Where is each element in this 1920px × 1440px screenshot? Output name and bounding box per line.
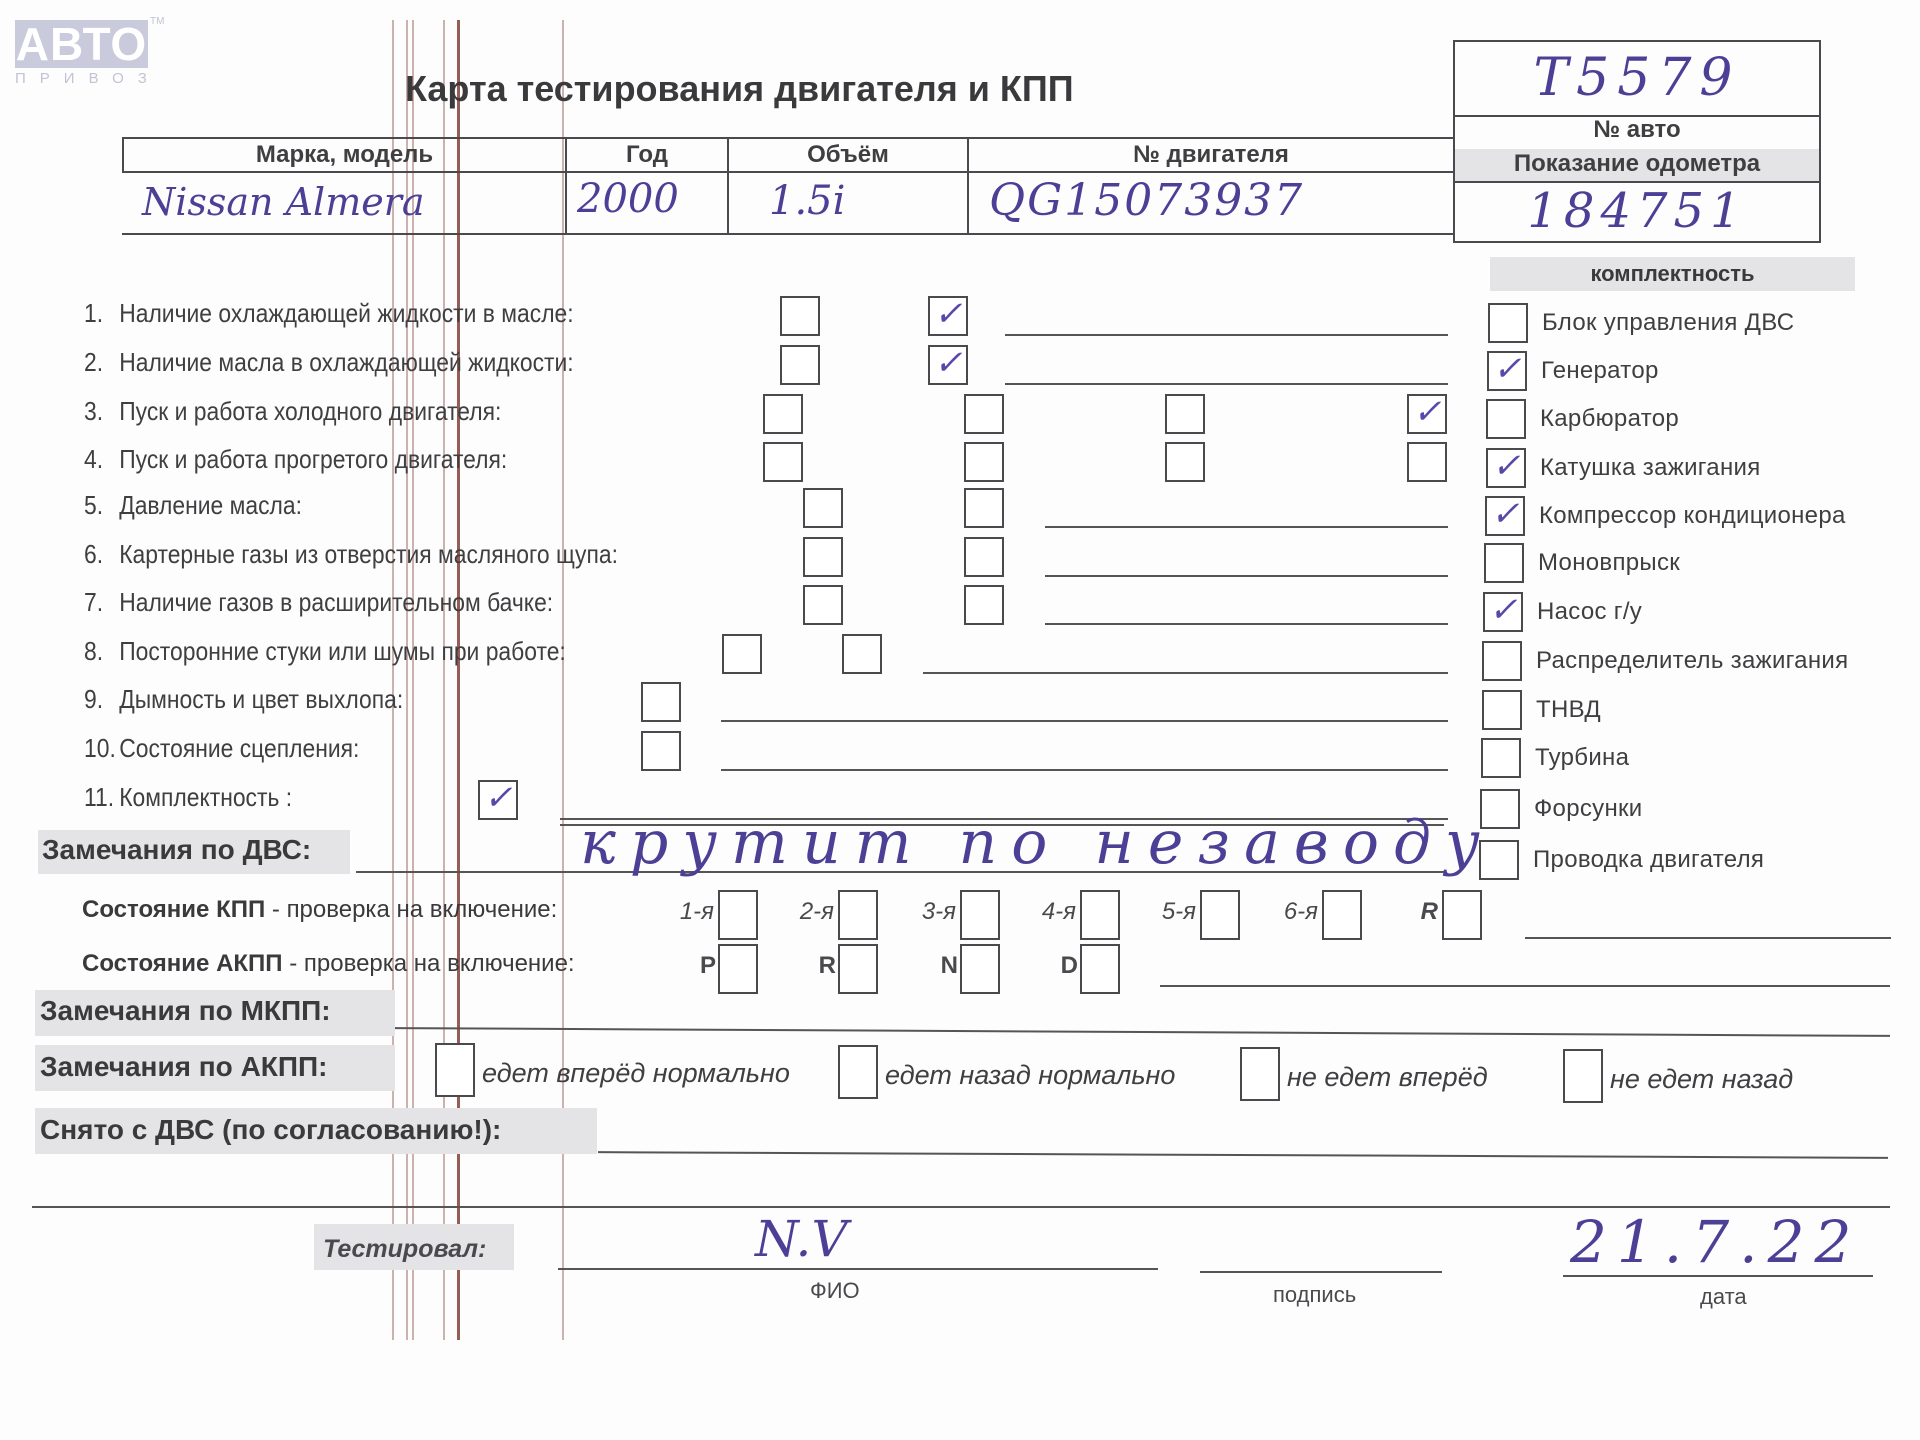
- auto-number-cell[interactable]: T5579: [1453, 40, 1821, 117]
- gear-label: 2-я: [800, 898, 834, 926]
- completeness-item-label: Насос г/у: [1537, 598, 1642, 626]
- value-cell-model[interactable]: Nissan Almera: [122, 171, 567, 235]
- gear-label: R: [1421, 898, 1438, 926]
- gear-checkbox[interactable]: [1442, 890, 1482, 940]
- completeness-item-label: Карбюратор: [1540, 405, 1679, 433]
- option-checkbox[interactable]: [1165, 442, 1205, 482]
- auto-number-label-cell: № авто: [1453, 115, 1821, 151]
- note-line: [1005, 383, 1448, 385]
- option-checkbox[interactable]: [803, 537, 843, 577]
- check-mark-icon: ✓: [1491, 494, 1520, 534]
- completeness-item-label: Форсунки: [1534, 795, 1643, 823]
- completeness-checkbox[interactable]: ✓: [1483, 592, 1523, 632]
- tester-name-value[interactable]: N.V: [755, 1210, 848, 1268]
- completeness-checkbox[interactable]: [1484, 543, 1524, 583]
- manual-remarks-label: Замечания по МКПП:: [40, 995, 331, 1027]
- brand-logo: АВТО: [15, 20, 148, 68]
- completeness-item-label: Проводка двигателя: [1533, 846, 1764, 874]
- row-number: 10.: [84, 733, 119, 764]
- gear-label: 4-я: [1042, 898, 1076, 926]
- check-mark-icon: ✓: [934, 294, 963, 334]
- row-number: 9.: [84, 684, 119, 715]
- gear-checkbox[interactable]: [1080, 890, 1120, 940]
- row-number: 1.: [84, 298, 119, 329]
- check-mark-icon: ✓: [1489, 590, 1518, 630]
- signature-caption: подпись: [1273, 1282, 1356, 1308]
- row-number: 2.: [84, 347, 119, 378]
- row-number: 6.: [84, 539, 119, 570]
- option-checkbox[interactable]: [964, 394, 1004, 434]
- completeness-title: комплектность: [1490, 257, 1855, 291]
- removed-label: Снято с ДВС (по согласованию!):: [40, 1114, 501, 1146]
- checklist-row-label: 3.Пуск и работа холодного двигателя:: [84, 396, 501, 427]
- value-cell-engine-number[interactable]: QG15073937: [967, 171, 1455, 235]
- auto-remarks-option-label: едет вперёд нормально: [482, 1058, 790, 1089]
- checklist-row-label: 10.Состояние сцепления:: [84, 733, 359, 764]
- option-checkbox[interactable]: [964, 488, 1004, 528]
- checklist-row-label: 11.Комплектность :: [84, 782, 292, 813]
- row-text: Пуск и работа прогретого двигателя:: [119, 444, 507, 474]
- header-cell-volume: Объём: [727, 137, 969, 173]
- row-text: Дымность и цвет выхлопа:: [119, 684, 403, 714]
- odometer-label-cell: Показание одометра: [1453, 149, 1821, 183]
- value-cell-volume[interactable]: 1.5i: [727, 171, 969, 235]
- engine-remarks-value[interactable]: крутит по незаводу: [580, 808, 1494, 878]
- gear-checkbox[interactable]: [1200, 890, 1240, 940]
- checklist-row-label: 1.Наличие охлаждающей жидкости в масле:: [84, 298, 574, 329]
- completeness-checkbox[interactable]: [1482, 690, 1522, 730]
- row-number: 7.: [84, 587, 119, 618]
- auto-remarks-checkbox[interactable]: [435, 1043, 475, 1097]
- gear-checkbox[interactable]: [838, 890, 878, 940]
- check-mark-icon: ✓: [1492, 446, 1521, 486]
- gear-position-label: N: [941, 952, 958, 980]
- auto-remarks-checkbox[interactable]: [1563, 1049, 1603, 1103]
- row-number: 8.: [84, 636, 119, 667]
- engine-remarks-label: Замечания по ДВС:: [42, 834, 311, 866]
- option-checkbox[interactable]: [1407, 442, 1447, 482]
- auto-remarks-option-label: не едет назад: [1610, 1064, 1793, 1095]
- checklist-row-label: 6.Картерные газы из отверстия масляного …: [84, 539, 618, 570]
- option-checkbox[interactable]: [763, 394, 803, 434]
- note-line: [1005, 334, 1448, 336]
- completeness-checkbox[interactable]: ✓: [1487, 351, 1527, 391]
- completeness-item-label: Генератор: [1541, 357, 1659, 385]
- option-checkbox[interactable]: ✓: [1407, 394, 1447, 434]
- check-mark-icon: ✓: [484, 778, 513, 818]
- checklist-row-label: 4.Пуск и работа прогретого двигателя:: [84, 444, 507, 475]
- option-checkbox[interactable]: [964, 585, 1004, 625]
- completeness-checkbox[interactable]: [1486, 399, 1526, 439]
- row-text: Наличие масла в охлаждающей жидкости:: [119, 347, 573, 377]
- gear-label: 3-я: [922, 898, 956, 926]
- trademark: TM: [150, 16, 164, 27]
- row-text: Давление масла:: [119, 490, 302, 520]
- option-checkbox[interactable]: ✓: [478, 780, 518, 820]
- gear-checkbox[interactable]: [718, 890, 758, 940]
- page-title: Карта тестирования двигателя и КПП: [405, 68, 1074, 110]
- check-mark-icon: ✓: [934, 343, 963, 383]
- checklist-row-label: 5.Давление масла:: [84, 490, 302, 521]
- gear-position-label: P: [700, 952, 716, 980]
- completeness-checkbox[interactable]: [1481, 738, 1521, 778]
- checklist-row-label: 8.Посторонние стуки или шумы при работе:: [84, 636, 566, 667]
- note-line: [721, 769, 1448, 771]
- option-checkbox[interactable]: [803, 585, 843, 625]
- gear-checkbox[interactable]: [960, 890, 1000, 940]
- auto-remarks-checkbox[interactable]: [1240, 1047, 1280, 1101]
- option-checkbox[interactable]: [641, 682, 681, 722]
- option-checkbox[interactable]: [964, 442, 1004, 482]
- option-checkbox[interactable]: [964, 537, 1004, 577]
- checklist-row-label: 7.Наличие газов в расширительном бачке:: [84, 587, 553, 618]
- option-checkbox[interactable]: ✓: [928, 296, 968, 336]
- row-text: Картерные газы из отверстия масляного щу…: [119, 539, 618, 569]
- option-checkbox[interactable]: [780, 345, 820, 385]
- note-line: [923, 672, 1448, 674]
- row-number: 3.: [84, 396, 119, 427]
- gear-position-checkbox[interactable]: [1080, 944, 1120, 994]
- gear-label: 6-я: [1284, 898, 1318, 926]
- row-text: Комплектность :: [119, 782, 292, 812]
- auto-gearbox-label: Состояние АКПП - проверка на включение:: [82, 950, 575, 978]
- value-cell-year[interactable]: 2000: [565, 171, 729, 235]
- completeness-checkbox[interactable]: [1488, 303, 1528, 343]
- row-text: Наличие газов в расширительном бачке:: [119, 587, 553, 617]
- checklist-row-label: 9.Дымность и цвет выхлопа:: [84, 684, 403, 715]
- option-checkbox[interactable]: [780, 296, 820, 336]
- gear-label: 5-я: [1162, 898, 1196, 926]
- option-checkbox[interactable]: [842, 634, 882, 674]
- completeness-item-label: Моновпрыск: [1538, 549, 1680, 577]
- auto-remarks-checkbox[interactable]: [838, 1045, 878, 1099]
- note-line: [721, 720, 1448, 722]
- row-text: Пуск и работа холодного двигателя:: [119, 396, 501, 426]
- note-line: [1045, 623, 1448, 625]
- gear-position-checkbox[interactable]: [838, 944, 878, 994]
- option-checkbox[interactable]: [722, 634, 762, 674]
- auto-gearbox-line: [1160, 985, 1890, 987]
- row-number: 5.: [84, 490, 119, 521]
- completeness-item-label: Блок управления ДВС: [1542, 309, 1794, 337]
- row-text: Посторонние стуки или шумы при работе:: [119, 636, 566, 666]
- checklist-row-label: 2.Наличие масла в охлаждающей жидкости:: [84, 347, 574, 378]
- auto-remarks-label: Замечания по АКПП:: [40, 1051, 327, 1083]
- gear-checkbox[interactable]: [1322, 890, 1362, 940]
- tested-by-label: Тестировал:: [323, 1235, 486, 1264]
- option-checkbox[interactable]: [1165, 394, 1205, 434]
- odometer-value-cell[interactable]: 184751: [1453, 181, 1821, 243]
- row-text: Наличие охлаждающей жидкости в масле:: [119, 298, 573, 328]
- signature-line: [1200, 1271, 1442, 1273]
- manual-gearbox-line: [1525, 937, 1891, 939]
- brand-subtitle: ПРИВОЗ: [15, 70, 155, 87]
- row-number: 4.: [84, 444, 119, 475]
- gear-position-label: R: [819, 952, 836, 980]
- completeness-item-label: Катушка зажигания: [1540, 454, 1761, 482]
- completeness-item-label: Распределитель зажигания: [1536, 647, 1848, 675]
- manual-gearbox-label: Состояние КПП - проверка на включение:: [82, 896, 557, 924]
- gear-position-checkbox[interactable]: [718, 944, 758, 994]
- auto-remarks-option-label: едет назад нормально: [885, 1060, 1175, 1091]
- gear-label: 1-я: [680, 898, 714, 926]
- manual-remarks-line: [395, 1027, 1890, 1037]
- date-value[interactable]: 21.7.22: [1570, 1208, 1861, 1276]
- option-checkbox[interactable]: ✓: [928, 345, 968, 385]
- name-line: [558, 1268, 1158, 1270]
- completeness-item-label: Компрессор кондиционера: [1539, 502, 1846, 530]
- note-line: [1045, 526, 1448, 528]
- gear-position-label: D: [1061, 952, 1078, 980]
- completeness-checkbox[interactable]: [1482, 641, 1522, 681]
- header-cell-year: Год: [565, 137, 729, 173]
- gear-position-checkbox[interactable]: [960, 944, 1000, 994]
- auto-remarks-option-label: не едет вперёд: [1287, 1062, 1488, 1093]
- completeness-checkbox[interactable]: ✓: [1485, 496, 1525, 536]
- completeness-item-label: ТНВД: [1536, 696, 1601, 724]
- date-caption: дата: [1700, 1284, 1747, 1310]
- header-cell-model: Марка, модель: [122, 137, 567, 173]
- option-checkbox[interactable]: [803, 488, 843, 528]
- row-number: 11.: [84, 782, 119, 813]
- completeness-item-label: Турбина: [1535, 744, 1629, 772]
- row-text: Состояние сцепления:: [119, 733, 359, 763]
- option-checkbox[interactable]: [641, 731, 681, 771]
- name-caption: ФИО: [810, 1278, 860, 1304]
- option-checkbox[interactable]: [763, 442, 803, 482]
- header-cell-engine-number: № двигателя: [967, 137, 1455, 173]
- removed-line: [598, 1151, 1888, 1159]
- check-mark-icon: ✓: [1413, 392, 1442, 432]
- check-mark-icon: ✓: [1493, 349, 1522, 389]
- note-line: [1045, 575, 1448, 577]
- completeness-checkbox[interactable]: ✓: [1486, 448, 1526, 488]
